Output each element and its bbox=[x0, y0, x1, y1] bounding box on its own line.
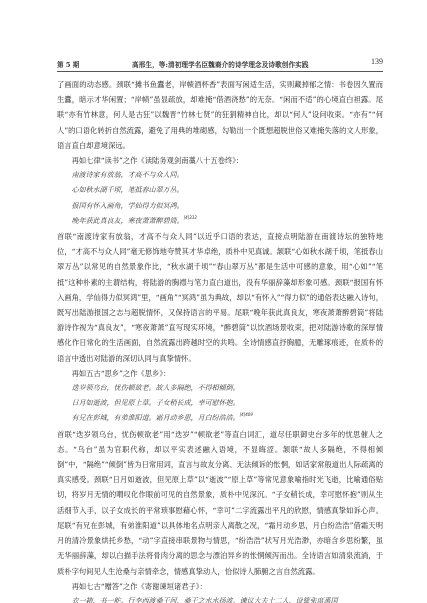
paragraph: 首联“迭岁领乌台，忧伤顿欲老”用“迭岁”“顿欲老”等直白词汇，道尽任职御史台多年… bbox=[57, 427, 383, 579]
poem-line: 晚年获此真良友，寒夜萧萧醉碧筒。[4]332 bbox=[57, 214, 383, 229]
issue-number: 第 5 期 bbox=[57, 59, 79, 69]
paragraph: 了画面的动态感。颈联“摊书鱼蠹老，岸帻酒杯香”表面写闲适生活，实则藏掉郁之情：书… bbox=[57, 77, 383, 153]
poem-line-text: 有兄在彭城，有弟淮阳道。霜月动乡思，月白纷浩浩。 bbox=[72, 414, 240, 422]
poem-line: 衣一箱，书一舵。行李西渡桑干河，桑干之水水扬波。谏议大夫十二人，设筵张席禹国 bbox=[57, 594, 383, 603]
poem-line: 日月如逝波，但见原上草。子女稍长成，幸可慰怀抱。 bbox=[57, 396, 383, 411]
running-header: 第 5 期 高邢生，等:清初理学名臣魏裔介的诗学理念及诗歌创作实践 139 bbox=[57, 57, 383, 69]
header-rule bbox=[57, 71, 383, 72]
citation: [4]332 bbox=[184, 215, 197, 220]
citation: [4]409 bbox=[240, 412, 253, 417]
poem-intro: 再如五古“思乡”之作《思乡》： bbox=[57, 366, 383, 381]
poem-line: 南渡诗家有放翁，才高不与众人同。 bbox=[57, 168, 383, 183]
poem-line: 迭岁领乌台，忧伤顿欲老。故人多隔绝，不得相倾倒。 bbox=[57, 381, 383, 396]
poem-intro: 再如七古“赠答”之作《寄谢谏垣诸君子》： bbox=[57, 579, 383, 594]
poem-line: 心如秋水湖千顷，笔抵春山翠万丛。 bbox=[57, 183, 383, 198]
running-title: 高邢生，等:清初理学名臣魏裔介的诗学理念及诗歌创作实践 bbox=[132, 59, 309, 69]
page-number: 139 bbox=[371, 57, 383, 66]
poem-line: 报国有怀入画角，学仙得力似冥鸿。 bbox=[57, 199, 383, 214]
poem-line-text: 晚年获此真良友，寒夜萧萧醉碧筒。 bbox=[72, 217, 184, 225]
poem-intro: 再如七律“读书”之作《读陆务观剑南藁八十五卷终》： bbox=[57, 153, 383, 168]
poem-line: 有兄在彭城，有弟淮阳道。霜月动乡思，月白纷浩浩。[4]409 bbox=[57, 411, 383, 426]
paragraph: 首联“南渡诗家有放翁，才高不与众人同”以近乎口语的表达，直接点明陆游在南渡诗坛的… bbox=[57, 229, 383, 366]
article-body: 了画面的动态感。颈联“摊书鱼蠹老，岸帻酒杯香”表面写闲适生活，实则藏掉郁之情：书… bbox=[57, 77, 383, 603]
